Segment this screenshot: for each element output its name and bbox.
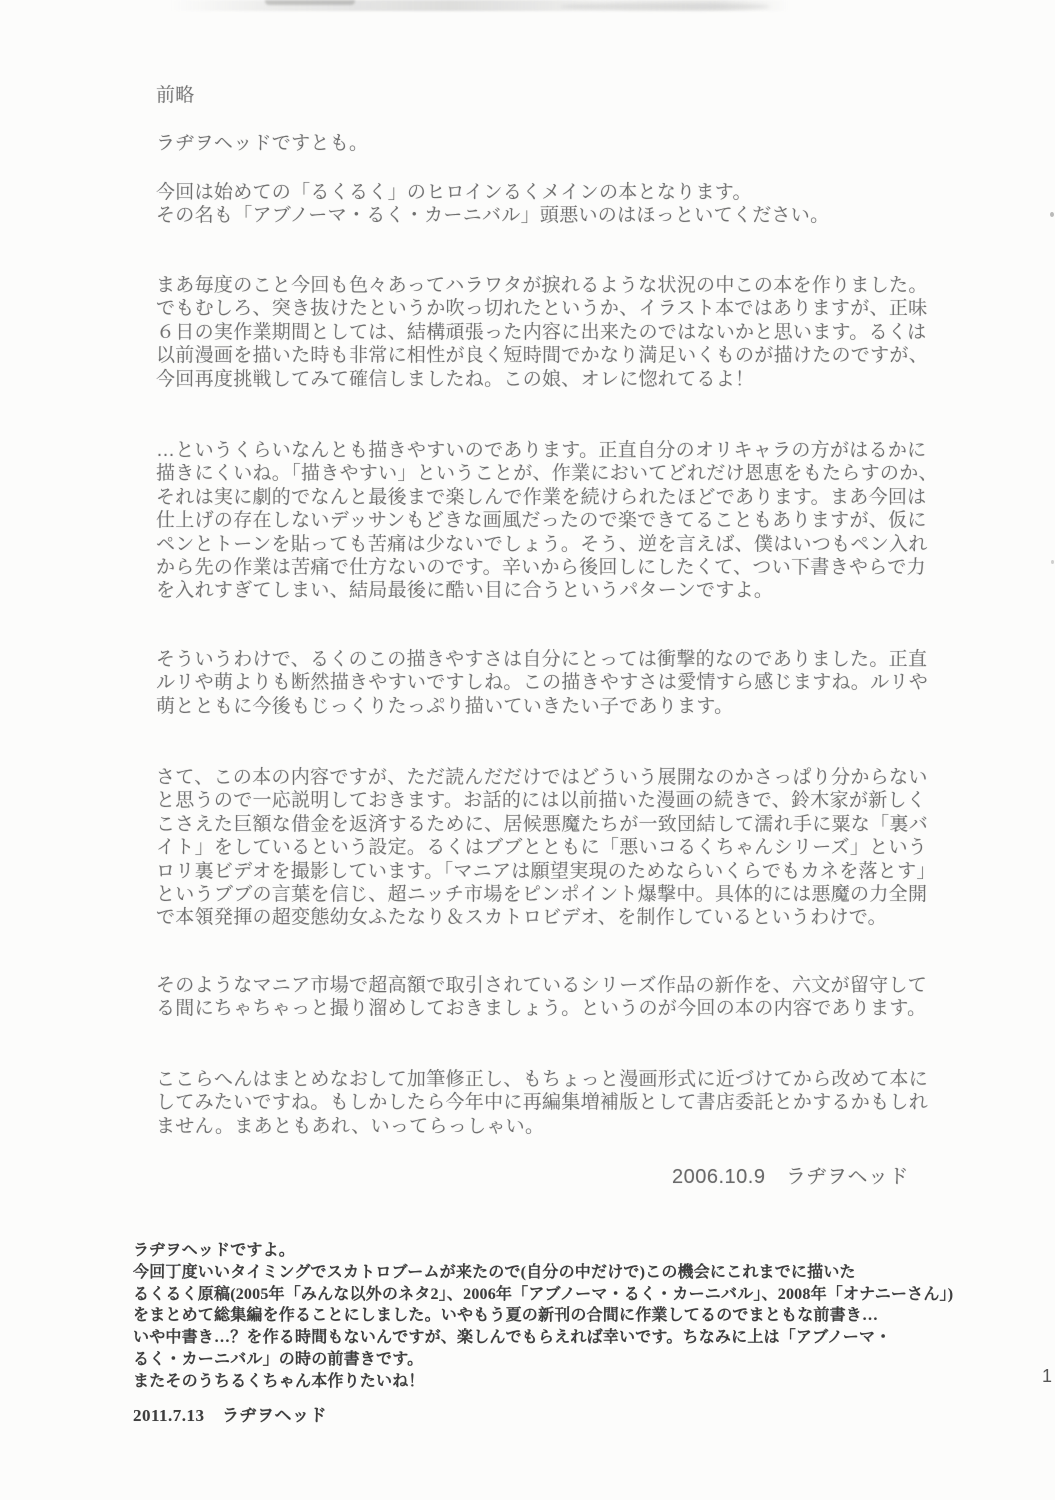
scan-smudge-top-dark (265, 0, 355, 5)
page-number-fragment: 1 (1042, 1366, 1052, 1387)
scan-speck (1051, 560, 1054, 564)
scan-smudge-top (170, 0, 790, 11)
letter-paragraph-6: そのようなマニア市場で超高額で取引されているシリーズ作品の新作を、六文が留守して… (156, 974, 956, 1021)
afterword-signature-date: 2011.7.13 ラヂヲヘッド (133, 1401, 327, 1426)
letter-paragraph-4: そういうわけで、るくのこの描きやすさは自分にとっては衝撃的なのでありました。正直… (156, 648, 956, 718)
letter-paragraph-5: さて、この本の内容ですが、ただ読んだだけではどういう展開なのかさっぱり分からない… (156, 766, 956, 930)
afterword-body: ラヂヲヘッドですよ。 今回丁度いいタイミングでスカトロブームが来たので(自分の中… (133, 1240, 1013, 1393)
letter-paragraph-7: ここらへんはまとめなおして加筆修正し、もちょっと漫画形式に近づけてから改めて本に… (156, 1068, 956, 1138)
letter-paragraph-1: 今回は始めての「るくるく」のヒロインるくメインの本となります。 その名も「アブノ… (156, 181, 956, 228)
letter-greeting: ラヂヲヘッドですとも。 (156, 132, 956, 155)
scanned-document-page: 前略 ラヂヲヘッドですとも。 今回は始めての「るくるく」のヒロインるくメインの本… (0, 0, 1055, 1500)
letter-paragraph-2: まあ毎度のこと今回も色々あってハラワタが捩れるような状況の中この本を作りました。… (156, 274, 956, 391)
scan-smudge-top-light (560, 3, 770, 10)
letter-salutation: 前略 (156, 84, 956, 107)
scan-speck (1050, 212, 1054, 217)
letter-signature-date: 2006.10.9 ラヂヲヘッド (672, 1160, 909, 1189)
letter-paragraph-3: …というくらいなんとも描きやすいのであります。正直自分のオリキャラの方がはるかに… (156, 439, 956, 603)
